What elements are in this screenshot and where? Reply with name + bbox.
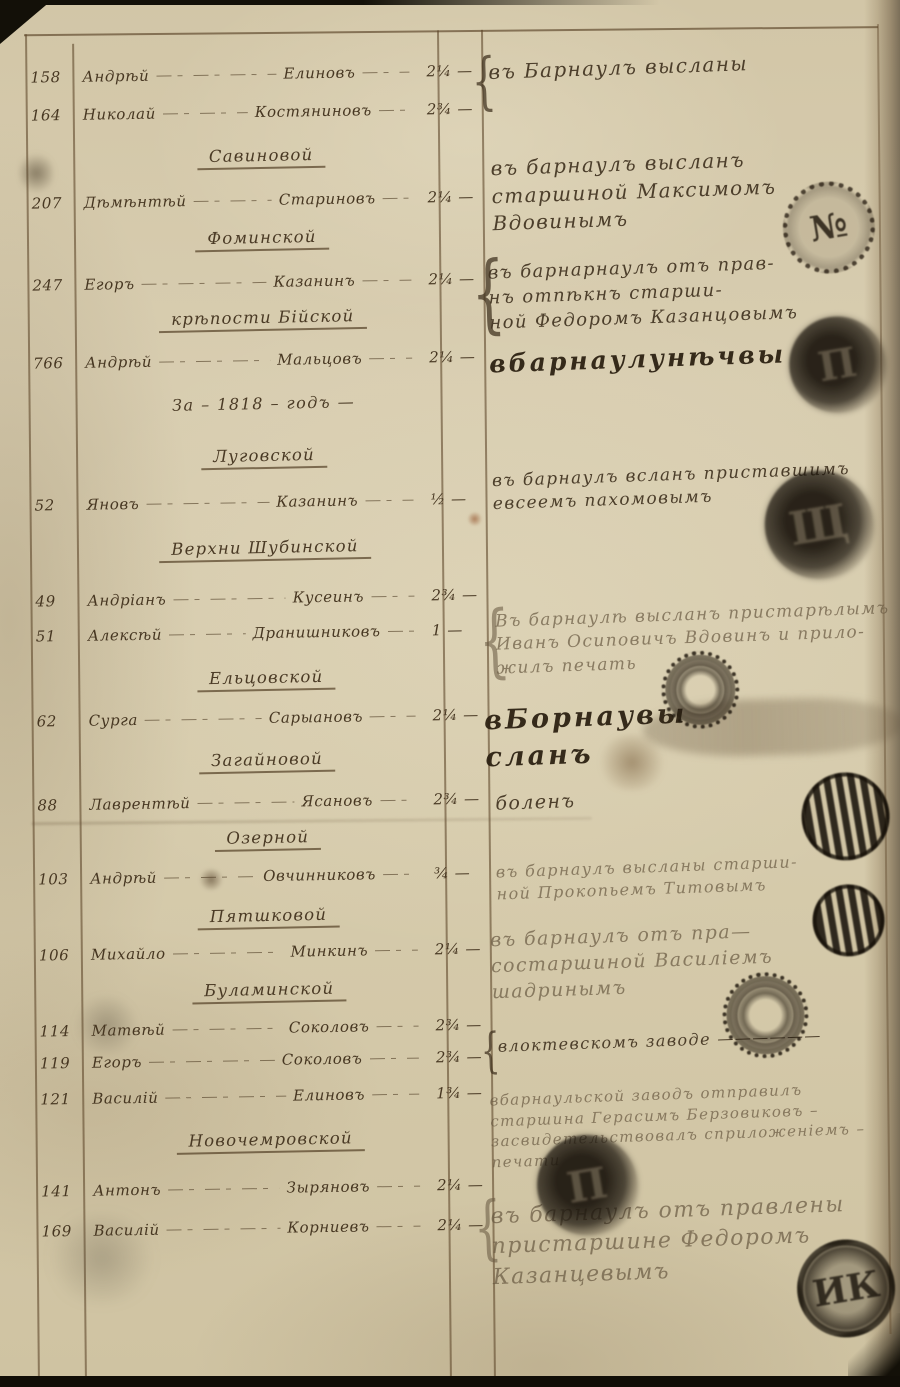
entry-number: 207 (32, 194, 76, 213)
paper-fold-line (32, 817, 592, 825)
register-row: 158АндрѣйЕлиновъ2¼ — (30, 61, 476, 87)
first-name: Андрѣй (82, 67, 149, 86)
entry-number: 164 (31, 106, 75, 125)
margin-note: {въ барнарнаулъ отъ прав-нъ отпѣкнъ стар… (487, 251, 798, 336)
surname: Соколовъ (282, 1049, 363, 1068)
surname: Казанинъ (276, 491, 358, 510)
section-label: крѣпости Бійской (159, 306, 367, 333)
leader-line (162, 623, 253, 639)
entry-number: 119 (40, 1054, 84, 1073)
first-name: Алексѣй (88, 626, 163, 645)
first-name: Лаврентѣй (89, 794, 190, 814)
leader-line (355, 62, 416, 78)
register-row: 51АлексѣйДранишниковъ1 — (36, 620, 482, 646)
leader-line (372, 100, 417, 116)
surname: Казанинъ (273, 272, 355, 291)
surname: Ясановъ (301, 791, 373, 810)
leader-line (376, 863, 424, 879)
first-name: Николай (83, 105, 156, 124)
first-name: Матвѣй (91, 1021, 165, 1040)
leader-line (363, 705, 423, 721)
section-label: Загайновой (199, 749, 335, 775)
section-label: Пятшковой (198, 905, 340, 931)
ink-stain (19, 150, 53, 196)
leader-line (369, 1015, 425, 1031)
register-row: 766АндрѣйМальцовъ2¼ — (33, 347, 479, 373)
surname: Елиновъ (283, 63, 355, 82)
leader-line (139, 492, 276, 509)
ink-stain (467, 512, 483, 526)
stamp-letters: Щ (785, 493, 852, 556)
surname: Костяниновъ (255, 101, 372, 121)
leader-line (138, 708, 269, 725)
first-name: Михайло (91, 945, 166, 964)
margin-note: въ барнаулъ высланъстаршиной МаксимомъВд… (490, 146, 777, 238)
village-header: Пятшковой (90, 902, 446, 932)
surname: Сарыановъ (269, 707, 364, 726)
margin-note: въ барнаулъ высланы старши-ной Прокопьем… (495, 851, 799, 905)
age-value: 2¾ — (426, 1048, 486, 1067)
register-row: 141АнтонъЗыряновъ2¼ — (41, 1175, 487, 1201)
surname: Стариновъ (279, 189, 376, 209)
entry-number: 247 (32, 276, 76, 295)
surname: Зыряновъ (286, 1177, 370, 1196)
age-value: 2¼ — (419, 348, 479, 367)
margin-note: вБорнаувысланъ (484, 695, 690, 776)
leader-line (364, 585, 422, 601)
register-row: 114МатвѣйСоколовъ2¾ — (39, 1015, 485, 1041)
village-header: Луговской (86, 442, 442, 472)
leader-line (134, 272, 273, 289)
entry-number: 103 (38, 870, 82, 889)
register-row: 62СургаСарыановъ2¼ — (36, 705, 482, 731)
section-label: Фоминской (195, 227, 329, 253)
first-name: Антонъ (93, 1181, 161, 1200)
leader-line (358, 490, 421, 506)
age-value: 2¼ — (418, 270, 478, 289)
leader-line (158, 1086, 293, 1103)
first-name: Егоръ (92, 1053, 142, 1072)
entry-number: 51 (36, 627, 80, 646)
ink-stamp (807, 879, 890, 962)
leader-line (156, 102, 255, 119)
age-value: 2¼ — (416, 62, 476, 81)
margin-note: {въ Барнаулъ высланы (488, 50, 749, 86)
age-value: 2¾ — (421, 586, 481, 605)
register-row: 169ВасилійКорниевъ2¼ — (41, 1215, 487, 1241)
stamp-letters: № (807, 205, 851, 251)
entry-number: 88 (37, 796, 81, 815)
village-header: Ельцовской (88, 664, 444, 694)
leader-line (166, 588, 293, 605)
table-column-rule (25, 34, 40, 1381)
margin-note: вбарнаулунѣчвы (489, 337, 787, 382)
register-row: 247ЕгоръКазанинъ2¼ — (32, 269, 478, 295)
age-value: 2¼ — (425, 940, 485, 959)
leader-line (368, 939, 425, 955)
entry-number: 141 (41, 1182, 85, 1201)
leader-line (376, 188, 418, 204)
section-label: Новочемровской (176, 1128, 365, 1155)
note-line: сланъ (485, 733, 689, 777)
age-value: 1 — (422, 621, 482, 640)
leader-line (190, 791, 301, 808)
first-name: Василій (92, 1089, 159, 1108)
entry-number: 766 (33, 354, 77, 373)
register-row: 106МихайлоМинкинъ2¼ — (39, 939, 485, 965)
entry-number: 158 (30, 68, 74, 87)
leader-line (370, 1175, 427, 1191)
leader-line (355, 270, 418, 286)
entry-number: 52 (34, 496, 78, 515)
first-name: Сурга (88, 711, 138, 730)
register-row: 52ЯновъКазанинъ½ — (34, 489, 480, 515)
first-name: Андріанъ (87, 591, 166, 610)
village-header: Загайновой (89, 746, 445, 776)
leader-line (369, 1215, 427, 1231)
first-name: Андрѣй (85, 353, 152, 372)
section-label: Буламинской (192, 978, 347, 1004)
leader-line (362, 348, 419, 364)
leader-line (149, 64, 283, 81)
first-name: Яновъ (86, 495, 139, 514)
entry-number: 106 (39, 946, 83, 965)
register-row: 164НиколайКостяниновъ2¾ — (31, 99, 477, 125)
ledger-content: 158АндрѣйЕлиновъ2¼ —164НиколайКостянинов… (0, 0, 900, 1384)
table-column-rule (877, 24, 891, 1334)
register-row: 207ДѣмѣнтѣйСтариновъ2¼ — (31, 187, 477, 213)
year-divider: За – 1818 – годъ — (85, 390, 441, 416)
age-value: 2¼ — (422, 706, 482, 725)
village-header: Новочемровской (92, 1126, 448, 1156)
leader-line (152, 350, 277, 367)
first-name: Егоръ (84, 275, 134, 294)
surname: Минкинъ (290, 941, 368, 960)
note-line: вбарнаулунѣчвы (489, 337, 787, 382)
leader-line (373, 789, 424, 805)
brace-mark: { (478, 603, 513, 678)
entry-number: 49 (35, 592, 79, 611)
village-header: Озерной (90, 824, 446, 854)
surname: Дранишниковъ (253, 622, 381, 642)
scanned-ledger-page: 158АндрѣйЕлиновъ2¼ —164НиколайКостянинов… (0, 0, 900, 1387)
leader-line (160, 1218, 288, 1235)
leader-line (157, 866, 263, 883)
brace-mark: { (470, 254, 507, 334)
first-name: Андрѣй (90, 869, 157, 888)
section-label: Луговской (201, 445, 327, 471)
age-value: ¾ — (424, 864, 484, 883)
age-value: 1¾ — (426, 1084, 486, 1103)
leader-line (362, 1047, 426, 1063)
village-header: Буламинской (91, 976, 447, 1006)
surname: Соколовъ (289, 1017, 370, 1036)
register-row: 49АндріанъКусеинъ2¾ — (35, 585, 481, 611)
first-name: Василій (93, 1221, 160, 1240)
register-row: 88ЛаврентѣйЯсановъ2¾ — (37, 789, 483, 815)
section-label: Озерной (214, 827, 321, 852)
age-value: 2¾ — (417, 100, 477, 119)
section-label: Ельцовской (197, 667, 336, 693)
surname: Мальцовъ (277, 349, 362, 368)
ink-stamp: П (782, 309, 893, 420)
register-row: 119ЕгоръСоколовъ2¾ — (40, 1047, 486, 1073)
surname: Корниевъ (287, 1217, 369, 1236)
village-header: Верхни Шубинской (87, 534, 443, 564)
section-label: За – 1818 – годъ — (172, 392, 356, 415)
leader-line (165, 1018, 289, 1035)
age-value: 2¾ — (423, 790, 483, 809)
leader-line (142, 1050, 282, 1067)
surname: Овчинниковъ (263, 865, 376, 885)
section-label: Верхни Шубинской (159, 536, 371, 563)
brace-mark: { (473, 1195, 504, 1260)
note-line: вБорнаувы (484, 695, 688, 739)
entry-number: 114 (39, 1022, 83, 1041)
margin-note: боленъ (495, 788, 576, 817)
register-row: 121ВасилійЕлиновъ1¾ — (40, 1083, 486, 1109)
surname: Кусеинъ (293, 587, 365, 606)
surname: Елиновъ (293, 1085, 365, 1104)
leader-line (161, 1178, 287, 1195)
village-header: Савиновой (83, 142, 439, 172)
leader-line (380, 620, 421, 636)
brace-mark: { (480, 1029, 501, 1074)
village-header: крѣпости Бійской (85, 304, 441, 334)
scan-edge-bottom (0, 1376, 900, 1387)
ink-stamp (795, 766, 896, 867)
section-label: Савиновой (197, 145, 326, 171)
leader-line (166, 942, 291, 959)
age-value: 2¼ — (417, 188, 477, 207)
age-value: 2¾ — (425, 1016, 485, 1035)
age-value: ½ — (420, 490, 480, 509)
stamp-letters: ИК (810, 1262, 883, 1316)
note-line: боленъ (495, 788, 576, 817)
village-header: Фоминской (84, 224, 440, 254)
stamp-letters: П (563, 1157, 610, 1212)
brace-mark: { (471, 52, 498, 110)
entry-number: 121 (40, 1090, 84, 1109)
entry-number: 62 (36, 712, 80, 731)
register-row: 103АндрѣйОвчинниковъ¾ — (38, 863, 484, 889)
leader-line (186, 190, 278, 206)
stamp-letters: П (814, 338, 860, 392)
leader-line (365, 1083, 426, 1099)
table-top-rule (24, 26, 878, 36)
first-name: Дѣмѣнтѣй (84, 192, 187, 212)
entry-number: 169 (41, 1222, 85, 1241)
note-line: въ Барнаулъ высланы (488, 50, 749, 86)
